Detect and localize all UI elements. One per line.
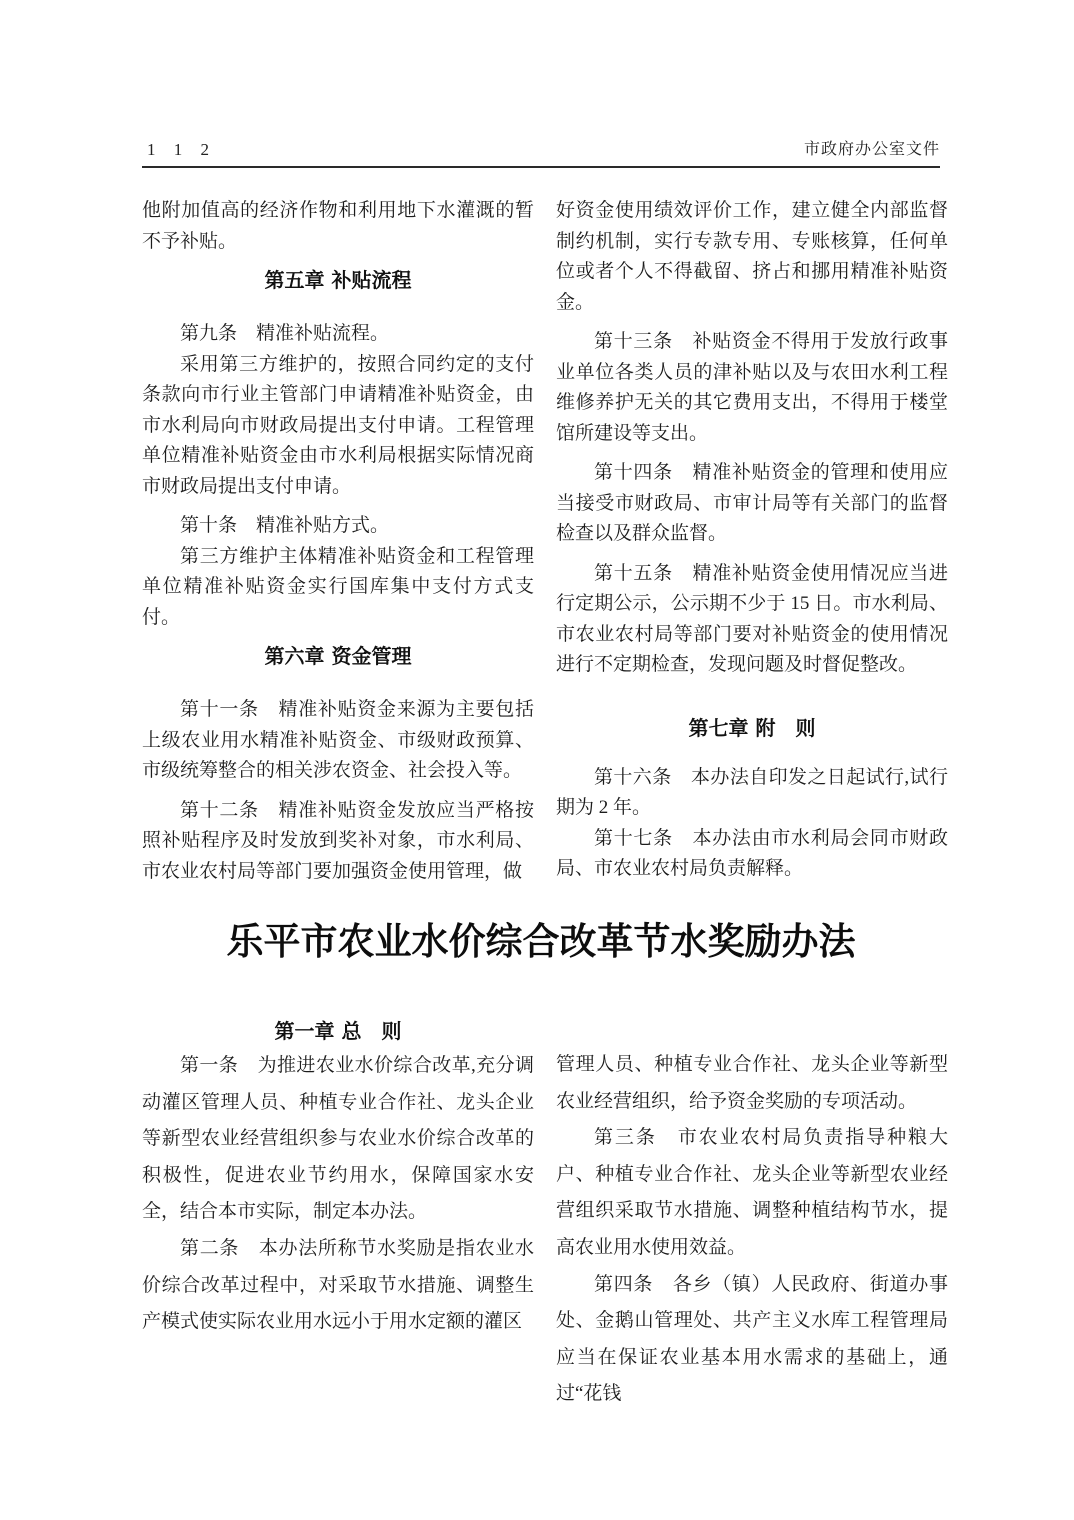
chapter-heading: 第七章 附 则 [556, 713, 948, 743]
paragraph: 好资金使用绩效评价工作，建立健全内部监督制约机制，实行专款专用、专账核算，任何单… [556, 196, 948, 318]
paragraph: 第十五条 精准补贴资金使用情况应当进行定期公示，公示期不少于 15 日。市水利局… [556, 559, 948, 681]
paragraph: 第一条 为推进农业水价综合改革,充分调动灌区管理人员、种植专业合作社、龙头企业等… [142, 1048, 534, 1231]
doc1-right-column: 好资金使用绩效评价工作，建立健全内部监督制约机制，实行专款专用、专账核算，任何单… [556, 196, 948, 885]
header-rule [142, 166, 940, 168]
paragraph: 第九条 精准补贴流程。 [142, 319, 534, 350]
chapter-heading: 第六章 资金管理 [142, 641, 534, 671]
document-page: 1 1 2 市政府办公室文件 他附加值高的经济作物和利用地下水灌溉的暂不予补贴。… [0, 0, 1074, 1520]
paragraph: 第二条 本办法所称节水奖励是指农业水价综合改革过程中，对采取节水措施、调整生产模… [142, 1231, 534, 1341]
paragraph: 第十六条 本办法自印发之日起试行,试行期为 2 年。 [556, 763, 948, 824]
chapter-heading: 第五章 补贴流程 [142, 265, 534, 295]
header-document-label: 市政府办公室文件 [804, 136, 940, 159]
paragraph: 第十条 精准补贴方式。 [142, 511, 534, 542]
paragraph: 第三方维护主体精准补贴资金和工程管理单位精准补贴资金实行国库集中支付方式支付。 [142, 542, 534, 634]
paragraph: 第十一条 精准补贴资金来源为主要包括上级农业用水精准补贴资金、市级财政预算、市级… [142, 695, 534, 787]
paragraph: 第十四条 精准补贴资金的管理和使用应当接受市财政局、市审计局等有关部门的监督检查… [556, 458, 948, 550]
doc2-right-column: 管理人员、种植专业合作社、龙头企业等新型农业经营组织，给予资金奖励的专项活动。 … [556, 1047, 948, 1413]
paragraph: 第十七条 本办法由市水利局会同市财政局、市农业农村局负责解释。 [556, 824, 948, 885]
paragraph: 第十二条 精准补贴资金发放应当严格按照补贴程序及时发放到奖补对象，市水利局、市农… [142, 796, 534, 888]
doc1-left-column: 他附加值高的经济作物和利用地下水灌溉的暂不予补贴。 第五章 补贴流程 第九条 精… [142, 196, 534, 887]
paragraph: 第三条 市农业农村局负责指导种粮大户、种植专业合作社、龙头企业等新型农业经营组织… [556, 1120, 948, 1266]
doc2-title: 乐平市农业水价综合改革节水奖励办法 [142, 920, 940, 964]
doc2-left-column: 第一章 总 则 第一条 为推进农业水价综合改革,充分调动灌区管理人员、种植专业合… [142, 1016, 534, 1341]
paragraph: 管理人员、种植专业合作社、龙头企业等新型农业经营组织，给予资金奖励的专项活动。 [556, 1047, 948, 1120]
chapter-heading: 第一章 总 则 [142, 1016, 534, 1046]
paragraph: 第十三条 补贴资金不得用于发放行政事业单位各类人员的津补贴以及与农田水利工程维修… [556, 327, 948, 449]
page-number: 1 1 2 [147, 140, 216, 160]
paragraph: 第四条 各乡（镇）人民政府、街道办事处、金鹅山管理处、共产主义水库工程管理局应当… [556, 1267, 948, 1413]
paragraph: 采用第三方维护的，按照合同约定的支付条款向市行业主管部门申请精准补贴资金，由市水… [142, 350, 534, 503]
paragraph: 他附加值高的经济作物和利用地下水灌溉的暂不予补贴。 [142, 196, 534, 257]
